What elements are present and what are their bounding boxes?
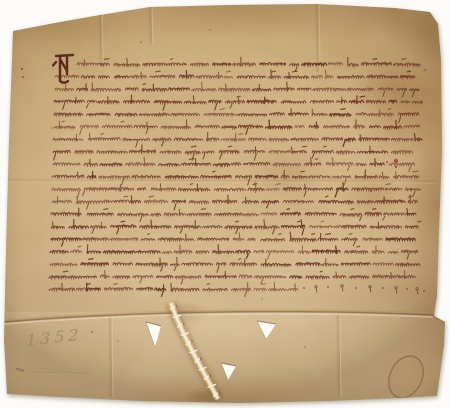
line-filler-flourish [303,285,425,295]
fold-crease [4,312,446,324]
pencil-smudges [17,368,90,373]
manuscript-ink-layer [0,0,450,408]
seal-slits [146,321,276,380]
initial-letter [53,55,73,83]
oval-blind-stamp [382,350,430,403]
repair-seam [170,303,220,399]
manuscript-text-lines [49,57,422,296]
parchment-shadow-wrap: 1352 [0,0,450,408]
manuscript-photo: 1352 [0,0,450,408]
parchment-sheet: 1352 [0,0,450,408]
